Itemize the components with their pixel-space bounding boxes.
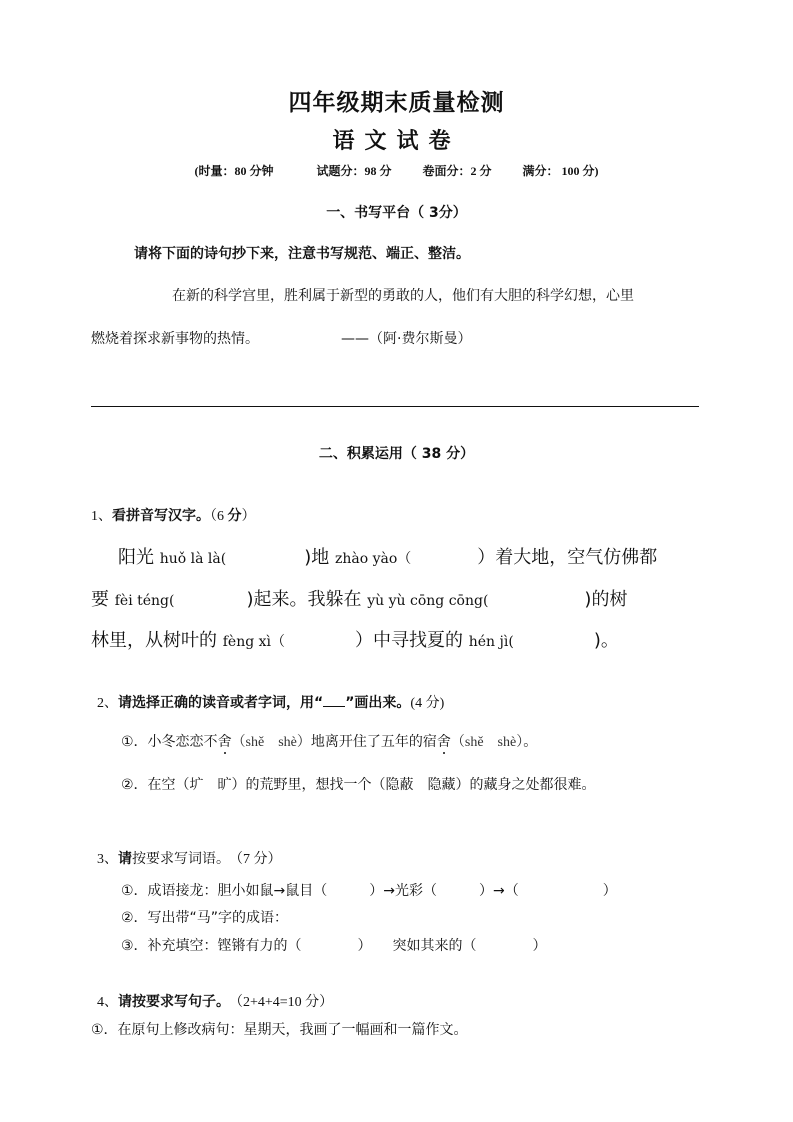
- writing-line[interactable]: [91, 406, 699, 407]
- poem-line-2-text: 燃烧着探求新事物的热情。: [91, 331, 259, 347]
- q3-points: （7 分）: [236, 852, 282, 867]
- q2-item1-dotted-char-2: 舍: [437, 734, 451, 750]
- q1-heading: 1、看拼音写汉字。（6 分）: [91, 505, 256, 525]
- exam-title: 四年级期末质量检测: [0, 84, 793, 117]
- q1-points-unit: 分: [228, 508, 242, 524]
- q4-label: 请按要求写句子。: [118, 994, 230, 1010]
- meta-neatness-score: 卷面分：2 分: [423, 162, 492, 179]
- section1-instruction: 请将下面的诗句抄下来，注意书写规范、端正、整洁。: [134, 243, 470, 263]
- q3-label: 按要求写词语。: [132, 851, 230, 867]
- q1-l2-text-b: )起来。我躲在: [246, 589, 361, 610]
- q1-l2-pinyin-1: fèi téng(: [115, 593, 175, 609]
- q2-item1-dotted-char-1: 舍: [218, 734, 232, 750]
- poem-line-2: 燃烧着探求新事物的热情。——（阿·费尔斯曼）: [91, 328, 471, 348]
- q2-item1-end: 。: [523, 734, 537, 750]
- q1-l2-text-c: )的树: [584, 589, 627, 610]
- q1-l3-pinyin-2: hén jì(: [469, 634, 514, 650]
- exam-subtitle: 语文试卷: [0, 124, 793, 155]
- underline-sample: [323, 694, 345, 707]
- q1-l3-text-a: 林里，从树叶的: [91, 630, 217, 651]
- q1-l1-text-a: 阳光: [118, 547, 154, 568]
- section1-title: 一、书写平台（ 3分）: [0, 202, 793, 222]
- q2-label-a: 请选择正确的读音或者字词，用“: [118, 695, 323, 711]
- q1-l2-text-a: 要: [91, 589, 109, 610]
- q1-l3-pinyin-1: fèng xì（: [223, 634, 285, 650]
- poem-line-1: 在新的科学宫里，胜利属于新型的勇敢的人，他们有大胆的科学幻想，心里: [172, 285, 634, 305]
- q4-points: （2+4+4=10 分）: [236, 995, 333, 1010]
- q3-item-1[interactable]: ①．成语接龙：胆小如鼠→鼠目（ ）→光彩（ ）→（ ）: [121, 880, 617, 900]
- q1-l2-pinyin-2: yù yù cōng cōng(: [367, 593, 488, 609]
- q3-heading: 3、请按要求写词语。（7 分）: [97, 848, 282, 868]
- q1-number: 1、: [91, 509, 112, 524]
- meta-question-score: 试题分：98 分: [316, 162, 391, 179]
- q2-label-b: ”画出来。: [345, 695, 410, 711]
- section2-title: 二、积累运用（ 38 分）: [0, 443, 793, 463]
- poem-attribution: ——（阿·费尔斯曼）: [341, 328, 471, 348]
- q1-l1-text-b: )地: [304, 547, 329, 568]
- q2-item-1: ①．小冬恋恋不舍（shě shè）地离开住了五年的宿舍（shě shè）。: [121, 731, 537, 751]
- q1-points-close: ）: [242, 509, 256, 524]
- q1-l3-text-c: )。: [594, 630, 619, 651]
- q4-heading: 4、请按要求写句子。（2+4+4=10 分）: [97, 991, 333, 1011]
- q3-item-2[interactable]: ②．写出带“马”字的成语：: [121, 907, 288, 927]
- exam-meta: (时量：80 分钟 试题分：98 分 卷面分：2 分 满分： 100 分): [0, 162, 793, 179]
- q2-item-2[interactable]: ②．在空（圹 旷）的荒野里，想找一个（隐蔽 隐藏）的藏身之处都很难。: [121, 774, 596, 794]
- q1-l3-text-b: ）中寻找夏的: [355, 630, 463, 651]
- q2-points: (4 分): [410, 696, 444, 711]
- q2-item1-prefix: ①．小冬恋恋不: [121, 734, 218, 750]
- q2-item1-mid: 地离开住了五年的宿: [311, 734, 437, 750]
- q1-line-3: 林里，从树叶的 fèng xì（）中寻找夏的 hén jì()。: [91, 626, 619, 652]
- q3-item-3[interactable]: ③．补充填空：铿锵有力的（ ） 突如其来的（ ）: [121, 935, 547, 955]
- q1-label: 看拼音写汉字。: [112, 508, 210, 524]
- meta-full-score: 满分： 100 分): [523, 162, 599, 179]
- q1-l1-pinyin-2: zhào yào（: [335, 551, 411, 567]
- q4-item-1[interactable]: ①．在原句上修改病句：星期天，我画了一幅画和一篇作文。: [91, 1019, 468, 1039]
- q2-number: 2、: [97, 696, 118, 711]
- q1-points: （6 分）: [210, 509, 256, 524]
- q2-item1-choice-1[interactable]: （shě shè）: [232, 735, 311, 750]
- q2-heading: 2、请选择正确的读音或者字词，用“”画出来。(4 分): [97, 692, 444, 712]
- q2-item1-choice-2[interactable]: （shě shè）: [451, 735, 523, 750]
- q1-line-2: 要 fèi téng()起来。我躲在 yù yù cōng cōng()的树: [91, 585, 627, 611]
- q1-l1-pinyin-1: huǒ là là(: [160, 551, 226, 567]
- q1-points-open: （: [210, 509, 217, 524]
- meta-time: (时量：80 分钟: [194, 162, 273, 179]
- q1-l1-text-c: ）着大地，空气仿佛都: [477, 547, 657, 568]
- q3-label-bold: 请: [118, 851, 132, 867]
- q1-line-1: 阳光 huǒ là là()地 zhào yào（）着大地，空气仿佛都: [118, 543, 657, 569]
- q1-points-num: 6: [217, 509, 228, 524]
- q4-number: 4、: [97, 995, 118, 1010]
- q3-number: 3、: [97, 852, 118, 867]
